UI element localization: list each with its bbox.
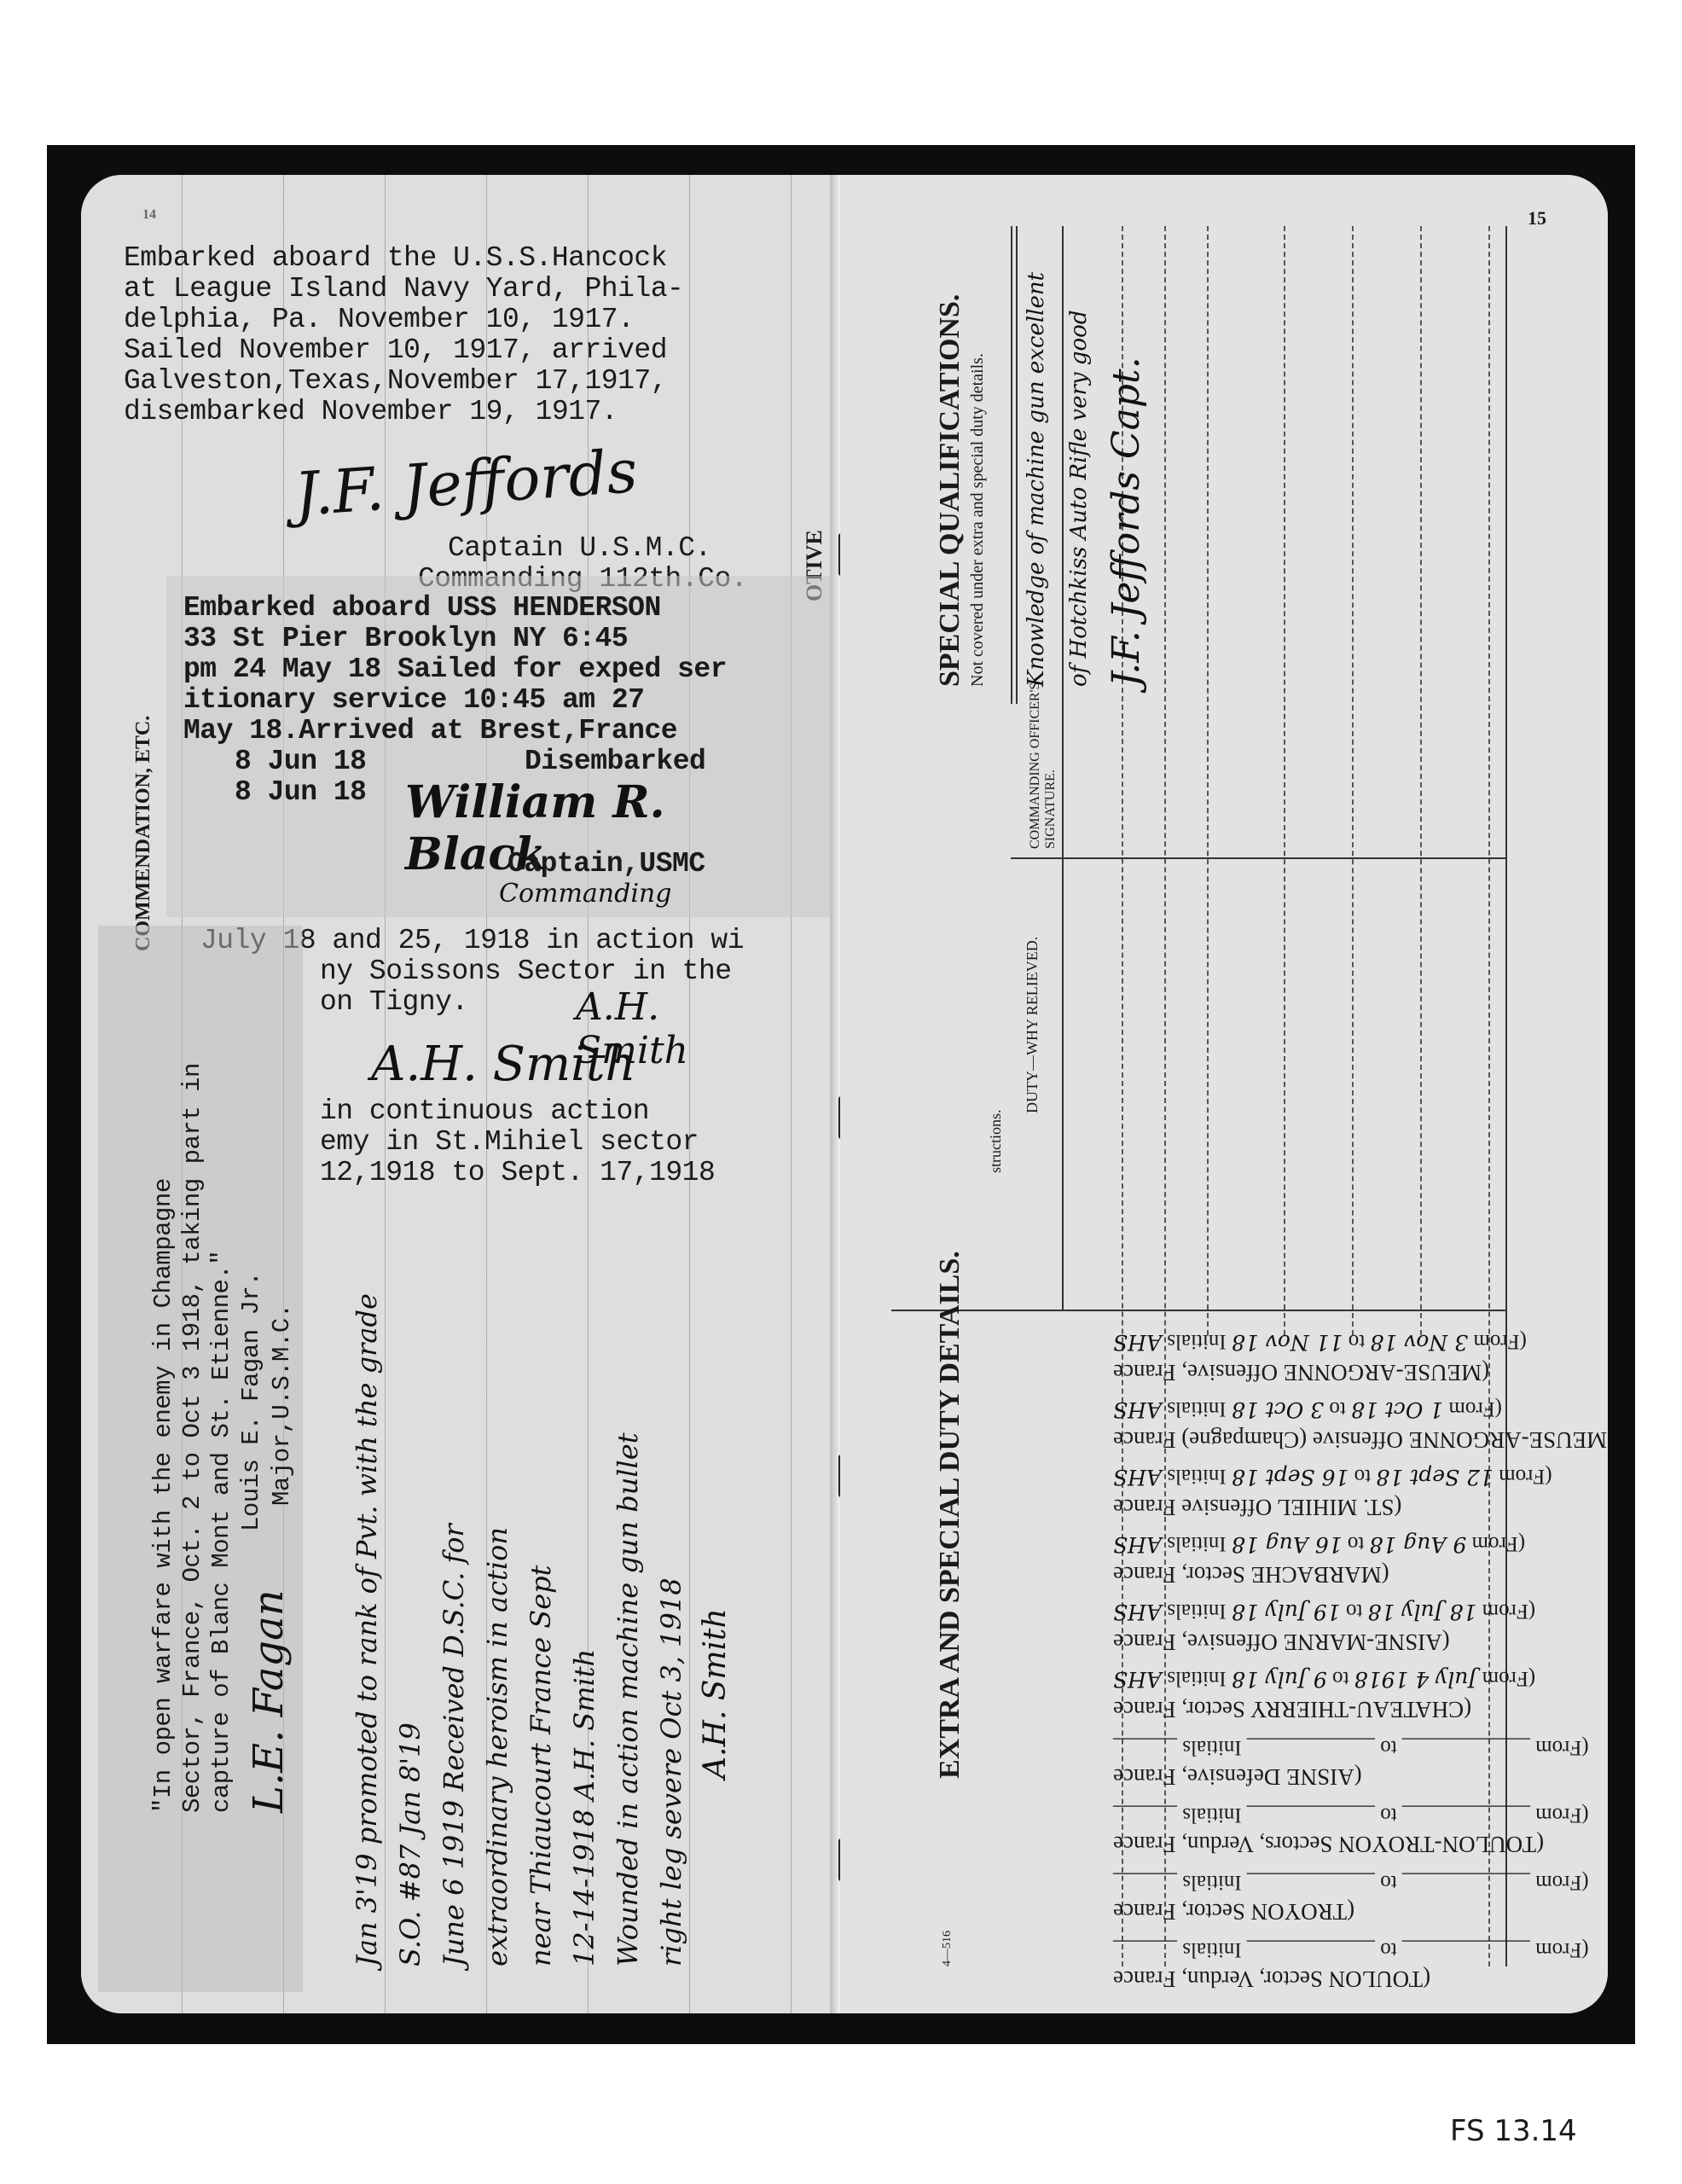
- sector-name: (AISNE Defensive, France: [1113, 1763, 1362, 1790]
- sector-from-row: (From 3 Nov 18 to 11 Nov 18 Initials AHS: [1113, 1329, 1527, 1355]
- handwritten-line: S.O. #87 Jan 8'19: [389, 1293, 432, 1966]
- handwritten-line: Wounded in action machine gun bullet: [606, 1293, 650, 1966]
- sector-from-row: (From ____________ to ____________ Initi…: [1113, 1735, 1589, 1759]
- pasted-slip-henderson: Embarked aboard USS HENDERSON 33 St Pier…: [166, 576, 832, 917]
- sector-from-row: (From 12 Sept 18 to 16 Sept 18 Initials …: [1113, 1464, 1552, 1490]
- sector-from-row: (From 18 July 18 to 19 July 18 Initials …: [1113, 1599, 1535, 1624]
- archive-reference-note: FS 13.14: [1450, 2114, 1577, 2148]
- typed-line: "In open warfare with the enemy in Champ…: [149, 1063, 178, 1813]
- sector-from-row: (From July 4 1918 to 9 July 18 Initials …: [1113, 1666, 1535, 1692]
- dashed-rule: [1420, 226, 1422, 1335]
- arrived-date: 8 Jun 18: [235, 746, 366, 777]
- typed-line: pm 24 May 18 Sailed for exped ser: [183, 654, 727, 685]
- typed-line: delphia, Pa. November 10, 1917.: [124, 305, 683, 335]
- signer-title: Captain U.S.M.C.: [448, 533, 711, 564]
- sector-name: (MEUSE-ARGONNE Offensive, France: [1113, 1359, 1489, 1385]
- entry-handwritten-promotion-dsc: Jan 3'19 promoted to rank of Pvt. with t…: [345, 1293, 737, 1966]
- disembarked-label: Disembarked: [525, 746, 705, 777]
- service-record-book: 14 COMMENDATION, ETC. Embarked aboard th…: [81, 175, 1608, 2013]
- typed-line: capture of Blanc Mont and St. Etienne.": [207, 1063, 236, 1813]
- disembarked-date: 8 Jun 18: [235, 777, 366, 808]
- sector-from-row: (From ____________ to ____________ Initi…: [1113, 1803, 1589, 1827]
- entry-hancock: Embarked aboard the U.S.S.Hancock at Lea…: [124, 243, 683, 427]
- sector-name: (TROYON Sector, France: [1113, 1898, 1354, 1925]
- typed-line: Embarked aboard the U.S.S.Hancock: [124, 243, 683, 274]
- typed-line: Galveston,Texas,November 17,1917,: [124, 366, 683, 397]
- handwritten-line: 12-14-1918 A.H. Smith: [563, 1293, 606, 1966]
- typed-line: Embarked aboard USS HENDERSON: [183, 593, 727, 624]
- sector-from-row: (From ____________ to ____________ Initi…: [1113, 1870, 1589, 1894]
- typed-line: at League Island Navy Yard, Phila-: [124, 274, 683, 305]
- sector-from-row: (From 9 Aug 18 to 16 Aug 18 Initials AHS: [1113, 1531, 1525, 1557]
- typed-line: emy in St.Mihiel sector: [320, 1127, 715, 1158]
- dashed-rule: [1284, 226, 1285, 1335]
- handwritten-line: right leg severe Oct 3, 1918: [650, 1293, 693, 1966]
- signature-fagan: L.E. Fagan: [245, 1589, 293, 1813]
- column-header-commanding-officer-signature: COMMANDING OFFICER'S SIGNATURE.: [1028, 661, 1058, 849]
- handwritten-line: Jan 3'19 promoted to rank of Pvt. with t…: [345, 1293, 389, 1966]
- signer-rank: Major,U.S.M.C.: [267, 1304, 298, 1506]
- handwritten-line: June 6 1919 Received D.S.C. for: [432, 1293, 476, 1966]
- qualification-line: of Hotchkiss Auto Rifle very good: [1066, 311, 1092, 687]
- extra-special-duty-title: EXTRA AND SPECIAL DUTY DETAILS.: [934, 1251, 966, 1779]
- page-number-right: 15: [1528, 207, 1546, 229]
- typed-line: in continuous action: [320, 1096, 715, 1127]
- handwritten-line: near Thiaucourt France Sept: [519, 1293, 563, 1966]
- left-page: 14 COMMENDATION, ETC. Embarked aboard th…: [81, 175, 840, 2013]
- handwritten-line: extraordinary heroism in action: [476, 1293, 519, 1966]
- column-header-duty-why-relieved: DUTY—WHY RELIEVED.: [1024, 937, 1041, 1113]
- rule-line: [1011, 857, 1505, 859]
- rule-line: [1505, 226, 1507, 1966]
- sector-name: (MARBACHE Sector, France: [1113, 1561, 1389, 1588]
- sector-from-row: (From ____________ to ____________ Initi…: [1113, 1937, 1589, 1961]
- sector-name: (AISNE-MARNE Offensive, France: [1113, 1629, 1450, 1655]
- signature-jeffords: J.F. Jeffords: [293, 436, 640, 530]
- signature-smith: A.H. Smith: [693, 1293, 737, 1966]
- typed-line: Sailed November 10, 1917, arrived: [124, 335, 683, 366]
- qualification-line: Knowledge of machine gun excellent: [1024, 272, 1049, 687]
- typed-line: Sector, France, Oct. 2 to Oct 3 1918, ta…: [178, 1063, 207, 1813]
- sector-name: (CHATEAU-THIERRY Sector, France: [1113, 1696, 1471, 1722]
- form-number: 4—516: [941, 1931, 954, 1966]
- sector-table: (TOULON Sector, Verdun, France (From ___…: [977, 1318, 1505, 1992]
- column-header-instructions: structions.: [987, 1110, 1005, 1174]
- right-page: 15 SPECIAL QUALIFICATIONS. Not covered u…: [840, 175, 1608, 2013]
- page-number-left: 14: [142, 207, 156, 223]
- typed-line: 33 St Pier Brooklyn NY 6:45: [183, 624, 727, 654]
- signature-smith: A.H. Smith: [320, 1037, 715, 1096]
- sector-name: (MEUSE-ARGONNE Offensive (Champagne) Fra…: [1113, 1426, 1608, 1453]
- signer-title: Captain,USMC: [507, 849, 705, 880]
- typed-line: itionary service 10:45 am 27: [183, 685, 727, 716]
- signer-role: Commanding: [499, 879, 671, 909]
- section-label-commendation: COMMENDATION, ETC.: [132, 716, 155, 951]
- typed-line: 12,1918 to Sept. 17,1918: [320, 1158, 715, 1188]
- special-qualifications-title: SPECIAL QUALIFICATIONS.: [934, 294, 966, 687]
- entry-champagne: "In open warfare with the enemy in Champ…: [149, 1063, 313, 1813]
- signer-name: Louis E. Fagan Jr.: [236, 1272, 267, 1531]
- sector-name: (TOULON Sector, Verdun, France: [1113, 1966, 1430, 1992]
- dashed-rule: [1207, 226, 1209, 1335]
- typed-line: disembarked November 19, 1917.: [124, 397, 683, 427]
- rule-line: [1011, 226, 1012, 704]
- sector-name: (TOULON-TROYON Sectors, Verdun, France: [1113, 1831, 1544, 1857]
- signature-jeffords: J.F. Jeffords Capt.: [1105, 357, 1148, 687]
- rule-line: [891, 1310, 1505, 1311]
- entry-st-mihiel: A.H. Smith in continuous action emy in S…: [320, 1037, 715, 1188]
- rule-line: [1016, 226, 1018, 704]
- dashed-rule: [1352, 226, 1354, 1335]
- sector-name: (ST. MIHIEL Offensive France: [1113, 1494, 1401, 1520]
- rule-line: [1062, 226, 1064, 1310]
- special-qualifications-subtitle: Not covered under extra and special duty…: [968, 353, 988, 687]
- sector-from-row: (From 1 Oct 18 to 3 Oct 18 Initials AHS: [1113, 1397, 1502, 1422]
- typed-line: May 18.Arrived at Brest,France: [183, 716, 727, 746]
